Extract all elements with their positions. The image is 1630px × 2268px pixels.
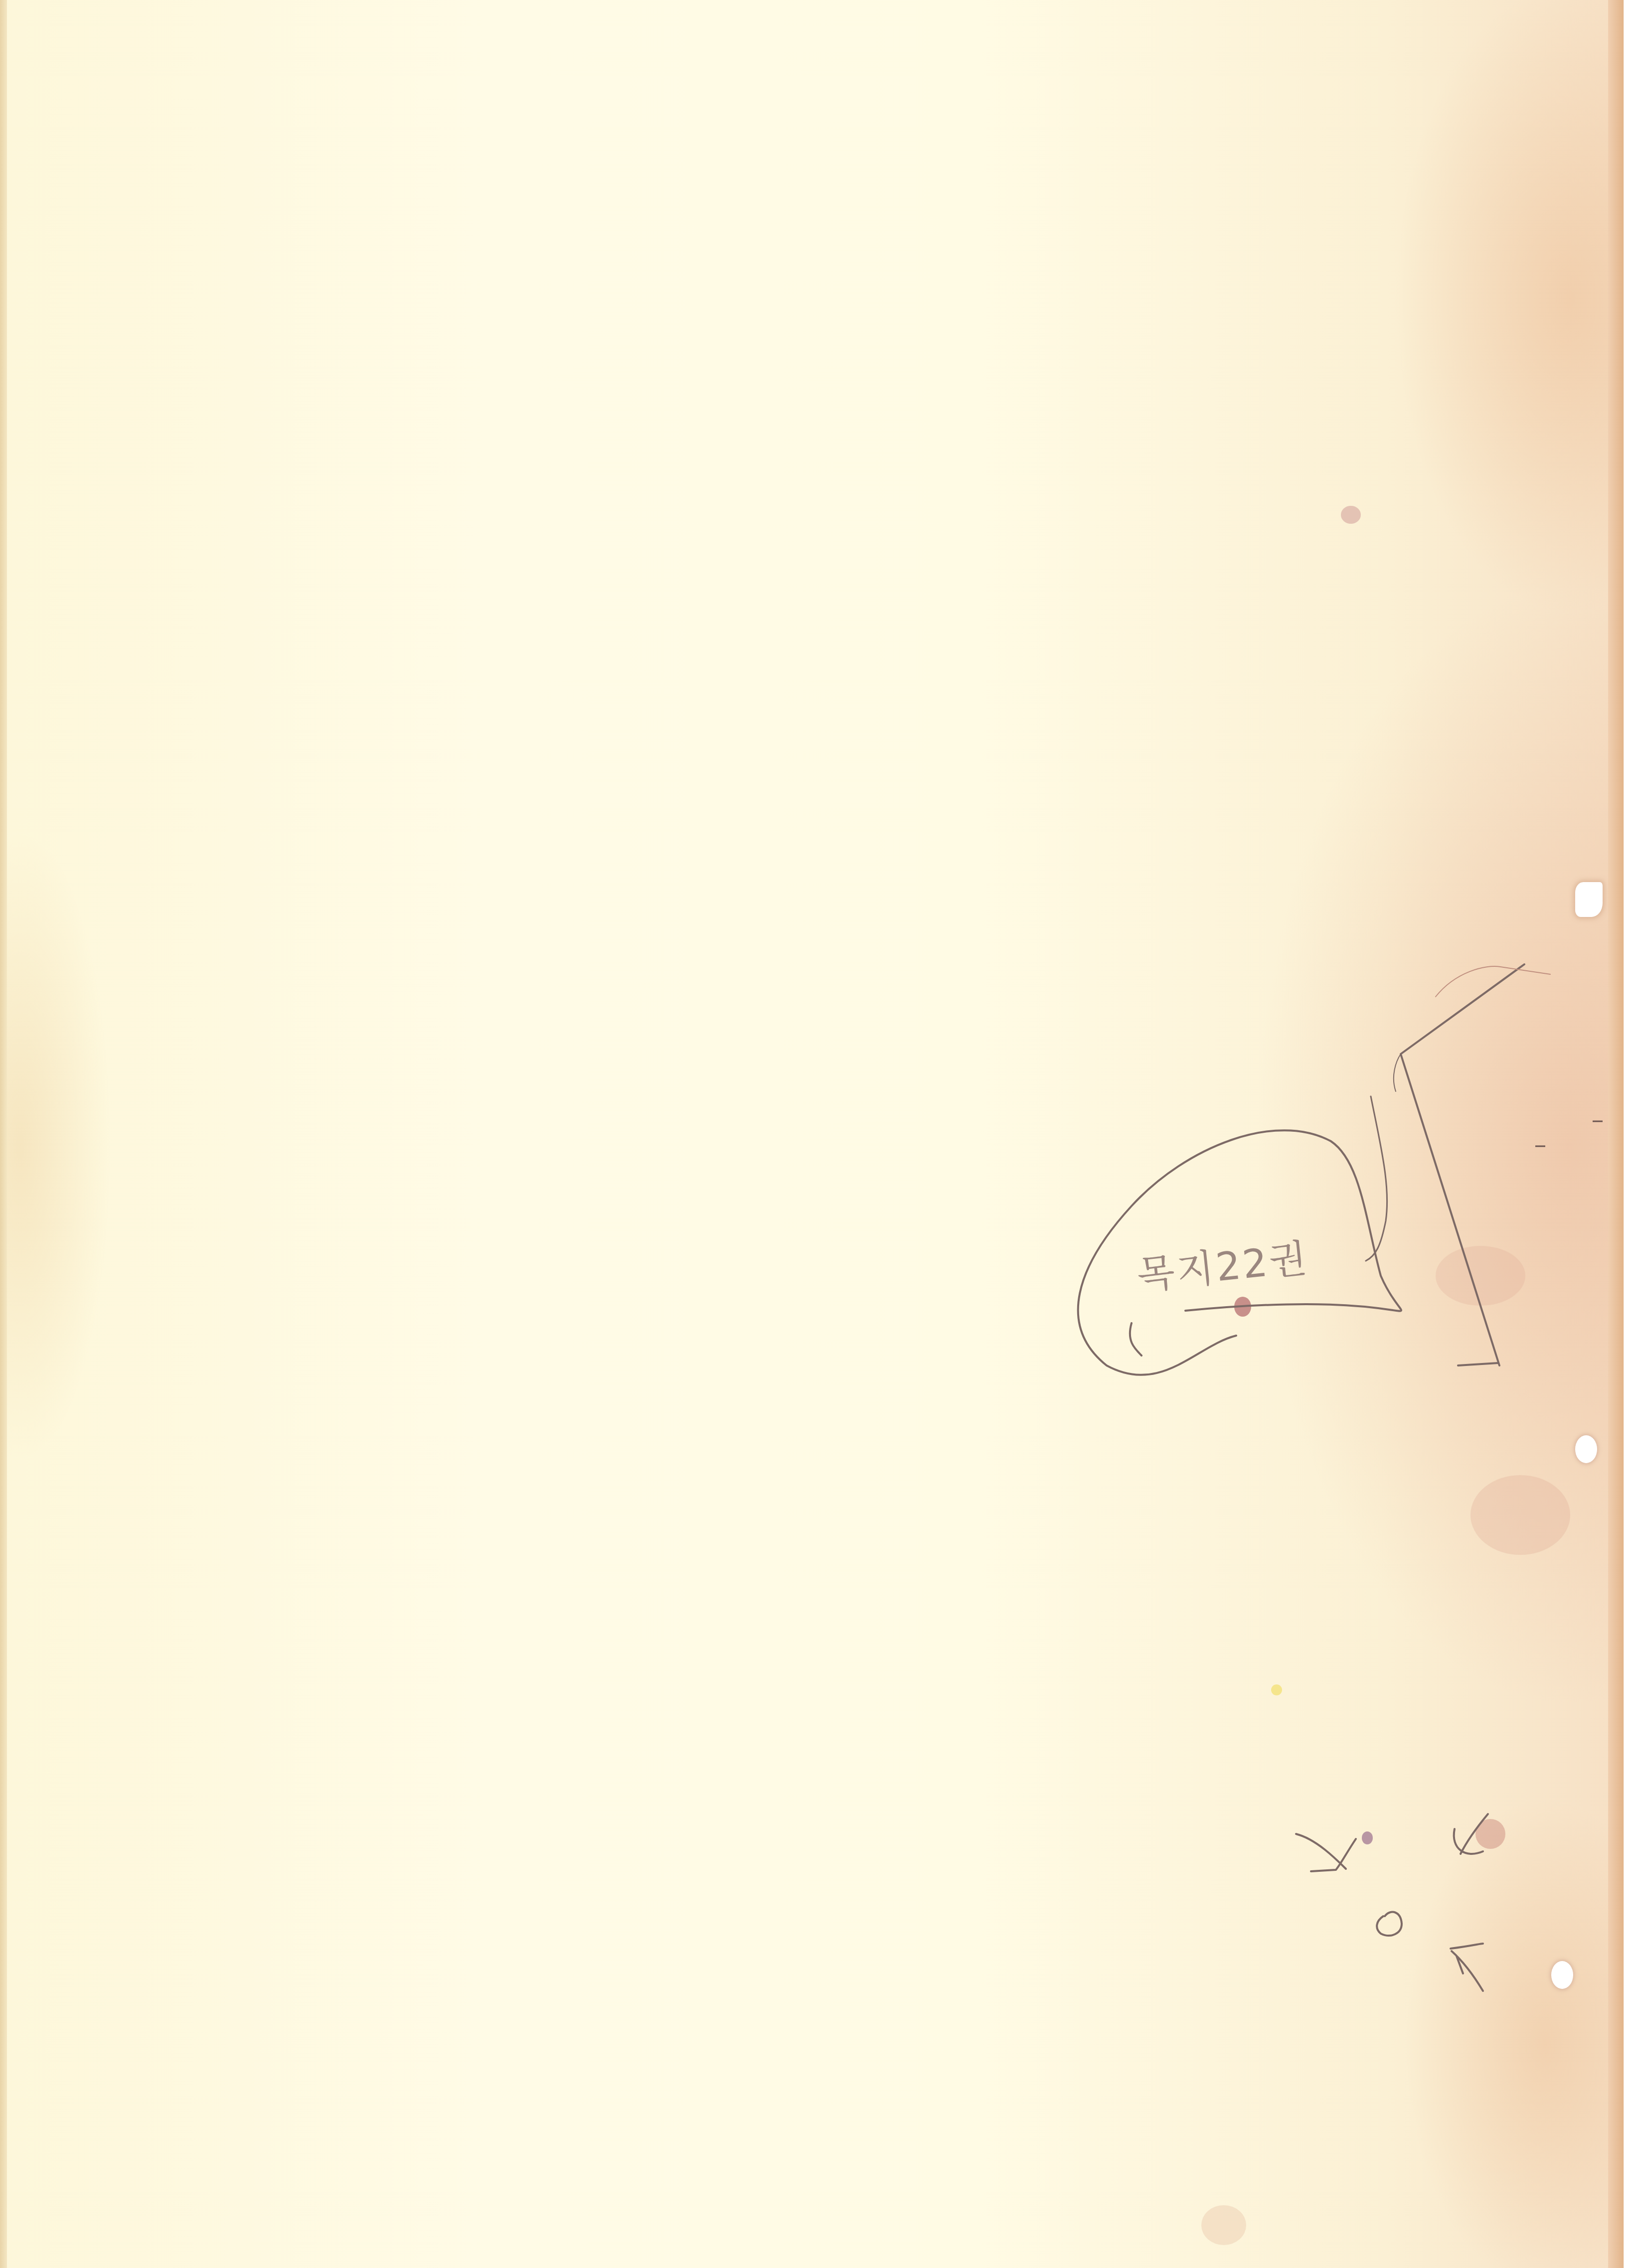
- pencil-annotations: [0, 0, 1630, 2268]
- scanned-page: 목지22권: [0, 0, 1630, 2268]
- check-arrow-mark: [1296, 1834, 1356, 1871]
- arrow-mark: [1451, 1944, 1483, 1991]
- circle-mark: [1377, 1912, 1402, 1936]
- bracket-mark: [1401, 964, 1524, 1365]
- hook-mark: [1454, 1814, 1488, 1854]
